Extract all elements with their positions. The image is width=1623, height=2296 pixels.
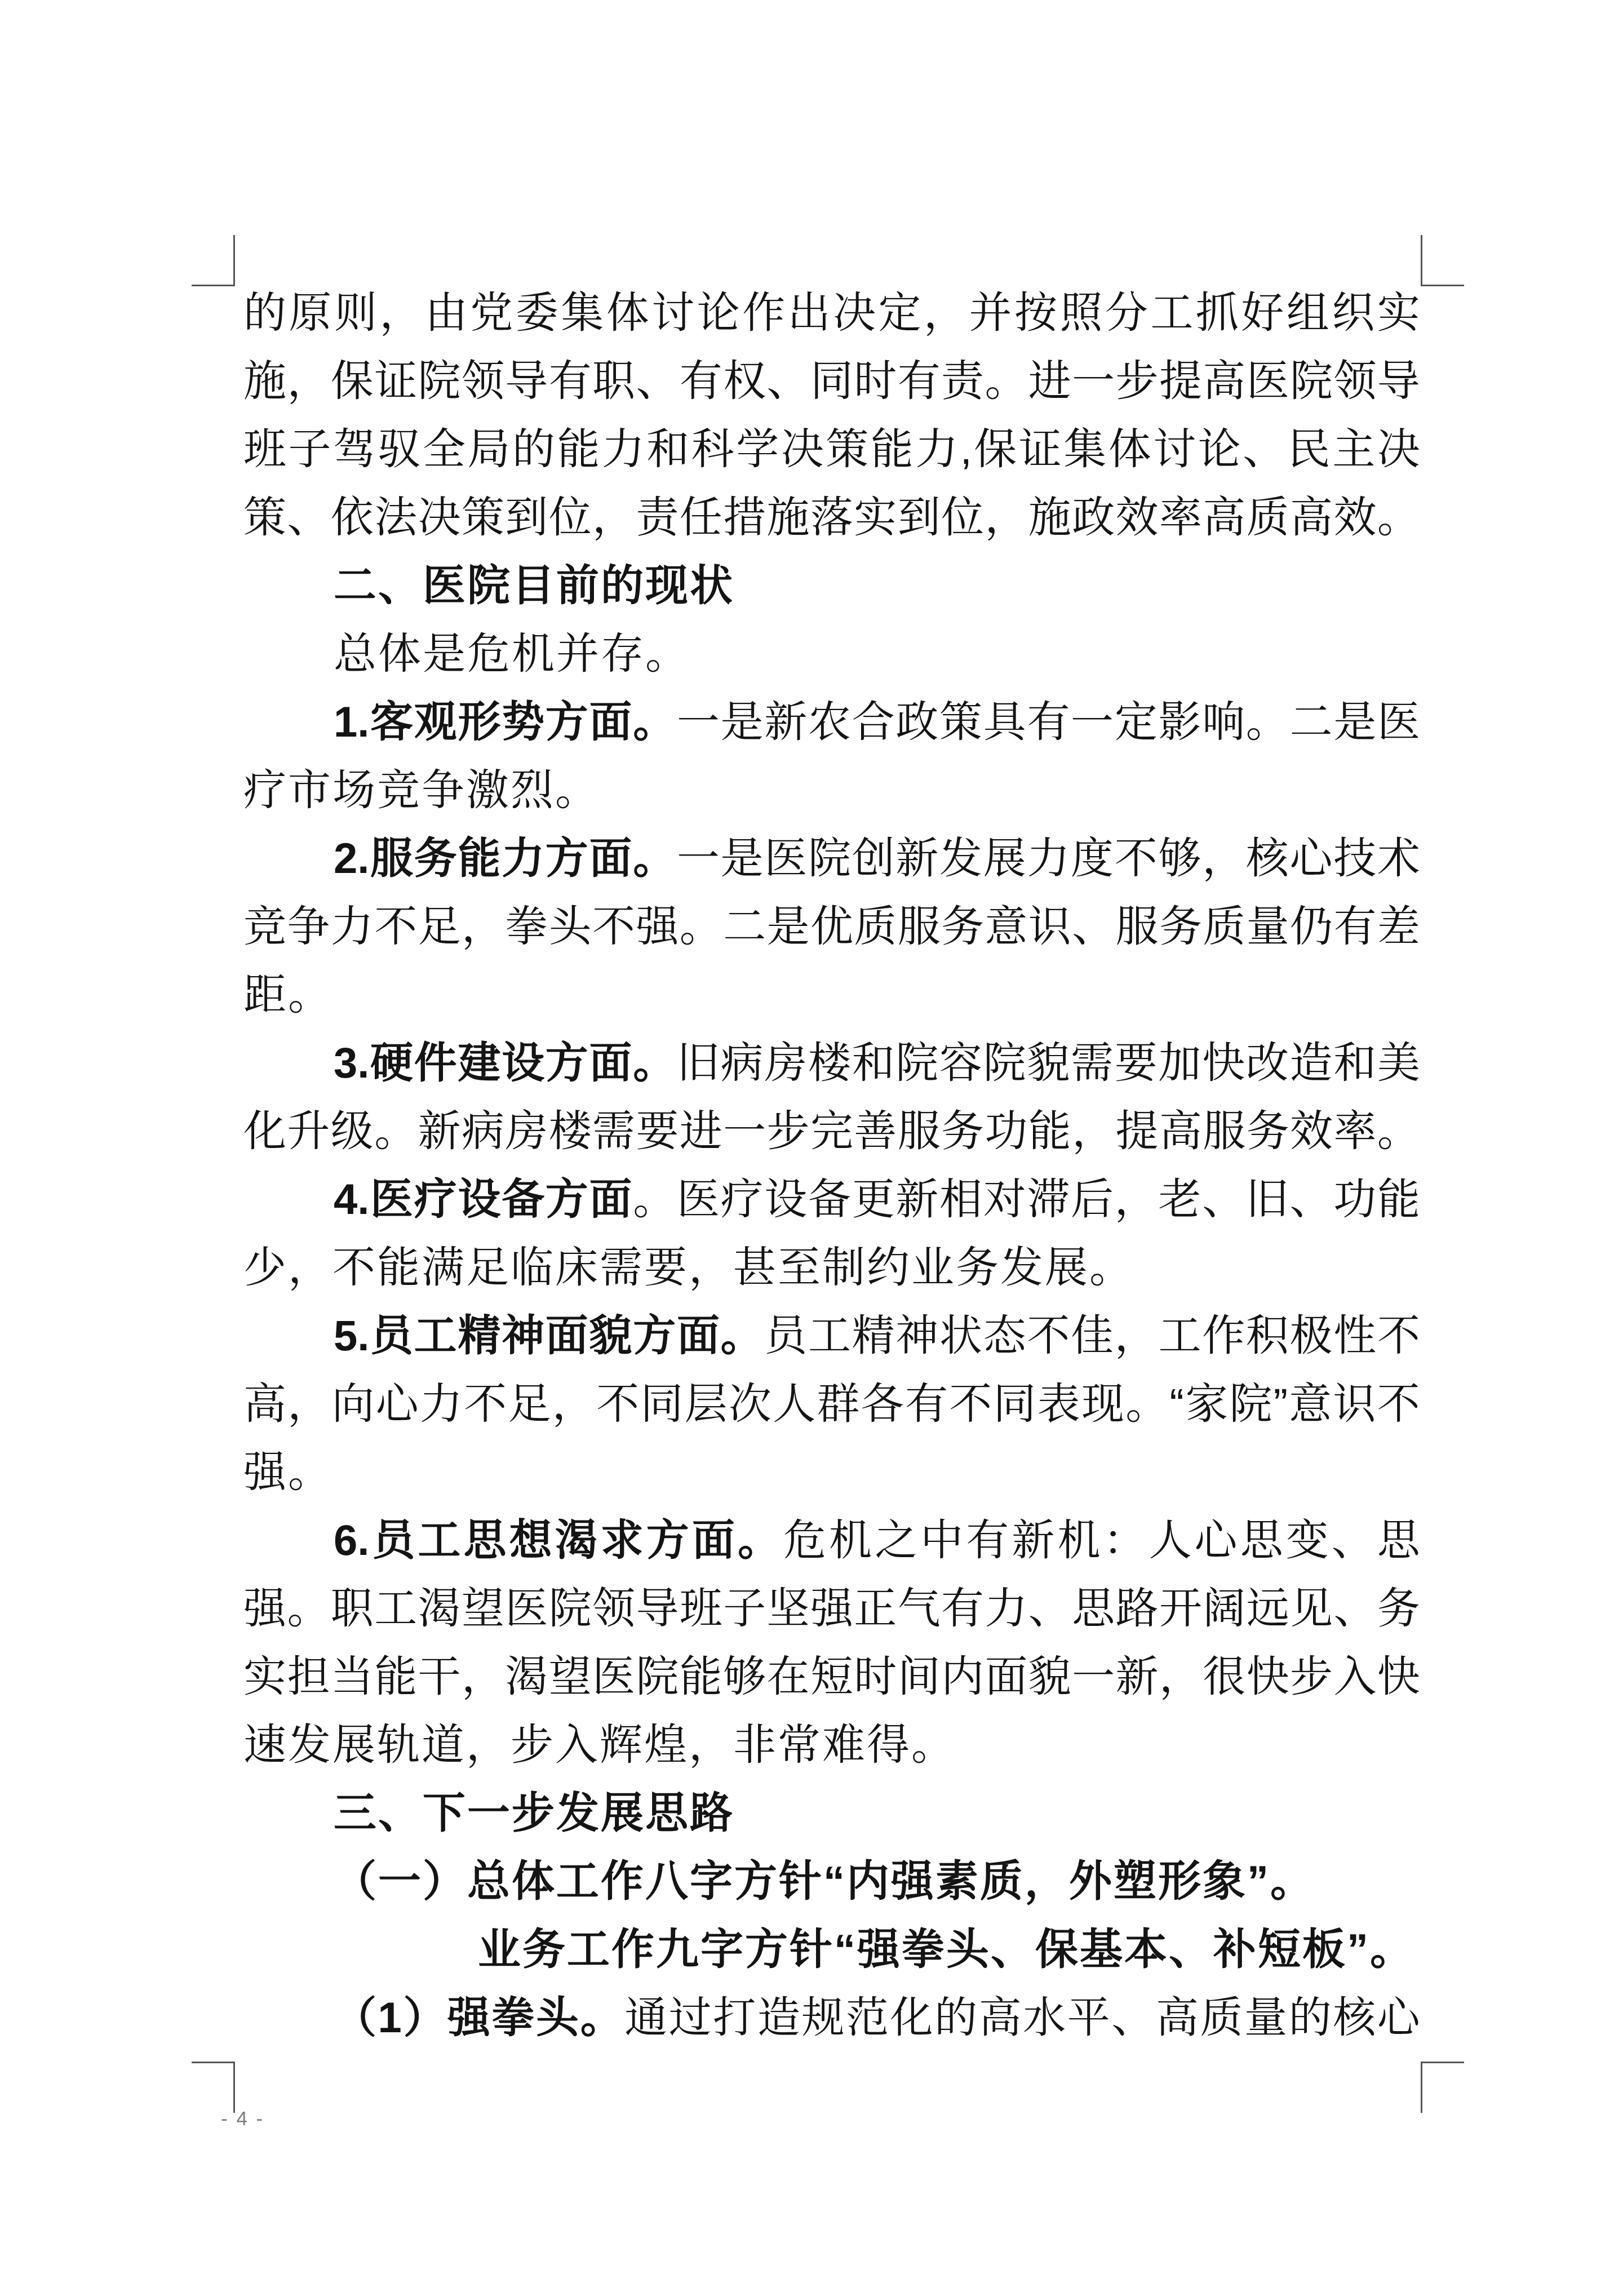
text-run: 一 [677, 825, 720, 893]
text-run: 场 [332, 756, 375, 825]
text-run-bold: 八 [645, 1847, 688, 1916]
text-run: 主 [1332, 415, 1375, 484]
text-run: 足 [418, 893, 461, 961]
text-run-bold: 素 [935, 1847, 978, 1916]
text-run: 业 [911, 1234, 954, 1302]
text-run: 争 [287, 893, 330, 961]
text-run: 不 [949, 1370, 992, 1438]
text-run: 高 [979, 1984, 1022, 2052]
text-run: 步 [1116, 347, 1159, 415]
text-run: 、 [1332, 1506, 1374, 1575]
text-run: 中 [920, 1506, 963, 1575]
text-run: 分 [1105, 279, 1148, 347]
text-run: 争 [422, 756, 464, 825]
text-run: 。 [1089, 1234, 1132, 1302]
text-run: 位 [941, 484, 984, 552]
text-line: 总体是危机并存。 [243, 620, 1420, 688]
text-run: 服 [1116, 893, 1159, 961]
text-run: 不 [374, 893, 417, 961]
text-line: 4.医疗设备方面。医疗设备更新相对滞后，老、旧、功能 [243, 1165, 1420, 1234]
text-run: 得 [867, 1711, 910, 1779]
text-run: 政 [1072, 484, 1115, 552]
text-run: 开 [1159, 1575, 1202, 1643]
text-run: 烈 [511, 756, 553, 825]
text-run-bold: 象 [1203, 1847, 1245, 1916]
text-run: 。 [287, 1575, 330, 1643]
text-run-bold: 务 [522, 1916, 565, 1984]
text-run: 病 [462, 1097, 504, 1165]
text-run-bold: 方 [546, 688, 588, 756]
text-run: 到 [505, 484, 548, 552]
text-run: 导 [1377, 347, 1420, 415]
text-run: 创 [852, 825, 895, 893]
text-run: 临 [511, 1234, 553, 1302]
text-run: 一 [1072, 1643, 1115, 1711]
text-run: 有 [680, 347, 722, 415]
text-run: 升 [287, 1097, 330, 1165]
text-run-bold: 强 [447, 1984, 490, 2052]
text-run: 具 [983, 688, 1026, 756]
text-run: 规 [801, 1984, 844, 2052]
text-run: ， [592, 484, 635, 552]
text-run: 疗 [243, 756, 286, 825]
text-run-bold: 员 [372, 1506, 415, 1575]
text-line: 6.员工思想渴求方面。危机之中有新机：人心思变、思 [243, 1506, 1420, 1575]
text-run: 并 [969, 279, 1012, 347]
text-run: 造 [757, 1984, 800, 2052]
text-run: 同 [640, 1370, 683, 1438]
text-run: 医 [505, 1575, 548, 1643]
text-run-bold: 势 [502, 688, 544, 756]
text-run: 有 [898, 347, 941, 415]
text-run: 责 [636, 484, 679, 552]
text-run-bold: 板 [1302, 1916, 1345, 1984]
text-run-bold: ” [1347, 1916, 1368, 1984]
text-line: 二、医院目前的现状 [243, 552, 1420, 620]
text-run-bold: 建 [458, 1029, 500, 1097]
text-run: 步 [511, 1711, 553, 1779]
crop-mark-top-left [192, 235, 235, 286]
text-run: 强 [243, 1438, 286, 1506]
text-run: 有 [905, 1370, 948, 1438]
text-run: 渴 [505, 1643, 548, 1711]
text-run: 实 [854, 484, 897, 552]
text-run: 力 [915, 415, 958, 484]
text-run-bold: 内 [846, 1847, 889, 1916]
text-run: 政 [895, 688, 938, 756]
text-run: ， [462, 893, 504, 961]
text-run-bold: 方 [633, 1302, 676, 1370]
text-run: 导 [636, 1575, 679, 1643]
text-run: 务 [1377, 1575, 1420, 1643]
text-run: 进 [680, 1097, 722, 1165]
text-run: 有 [966, 1506, 1009, 1575]
text-run: 全 [423, 415, 465, 484]
text-run-bold: 力 [502, 825, 544, 893]
text-run: 论 [697, 279, 740, 347]
text-run: 道 [422, 1711, 464, 1779]
text-run: 响 [1202, 688, 1245, 756]
text-run: 煌 [644, 1711, 687, 1779]
text-run: 美 [1377, 1029, 1420, 1097]
text-run: 内 [941, 1643, 984, 1711]
text-run: 识 [1333, 1370, 1376, 1438]
text-run: 班 [680, 1575, 722, 1643]
text-run: 和 [852, 1029, 895, 1097]
text-run: 责 [941, 347, 984, 415]
text-run: 仍 [1290, 893, 1333, 961]
text-run: 需 [600, 1234, 642, 1302]
text-run-bold: 面 [589, 1029, 632, 1097]
text-run: 房 [764, 1029, 807, 1097]
text-run: 量 [1244, 1984, 1287, 2052]
text-run: 医 [764, 825, 807, 893]
text-run-bold: 三 [334, 1779, 376, 1847]
text-run: 。 [288, 961, 331, 1029]
text-run: 病 [721, 1029, 764, 1097]
text-run: 现 [1081, 1370, 1124, 1438]
text-run-bold: ） [423, 1847, 465, 1916]
text-run-bold: 。 [1370, 1916, 1413, 1984]
text-run-bold: 渴 [555, 1506, 598, 1575]
text-line: （1）强拳头。通过打造规范化的高水平、高质量的核心 [243, 1984, 1420, 2052]
text-run: 新 [1012, 1506, 1054, 1575]
text-run: 意 [1289, 1370, 1332, 1438]
text-run: 、 [1028, 1575, 1071, 1643]
text-run-bold: 方 [734, 1847, 777, 1916]
text-run-bold: 。 [633, 688, 676, 756]
text-run: 次 [729, 1370, 771, 1438]
text-run: 农 [808, 688, 851, 756]
text-run: 高 [1203, 484, 1245, 552]
text-run: 发 [1000, 1234, 1043, 1302]
text-run-bold: （ [334, 1984, 376, 2052]
text-run-bold: 思 [464, 1506, 507, 1575]
text-run: 领 [1333, 347, 1376, 415]
text-run: 人 [773, 1370, 815, 1438]
text-run: 够 [723, 1643, 766, 1711]
text-run: 态 [983, 1302, 1026, 1370]
text-run: 保 [331, 347, 374, 415]
document-page: 的原则，由党委集体讨论作出决定，并按照分工抓好组织实施，保证院领导有职、有权、同… [0, 0, 1623, 2296]
text-run-bold: 4. [334, 1165, 369, 1234]
text-run-bold: 疗 [414, 1165, 457, 1234]
text-run: 是 [423, 620, 465, 688]
text-run-bold: 头 [946, 1916, 989, 1984]
text-run: 思 [1072, 1575, 1115, 1643]
text-run: 证 [374, 347, 417, 415]
text-run: 能 [871, 415, 914, 484]
text-run: 间 [898, 1643, 941, 1711]
text-run: 效 [1290, 1097, 1333, 1165]
text-run-bold: 一 [467, 1779, 510, 1847]
text-run: 一 [1071, 688, 1114, 756]
text-run: 好 [1241, 279, 1284, 347]
text-run: 心 [1290, 825, 1333, 893]
text-run: ， [466, 1711, 509, 1779]
text-run-bold: 医 [370, 1165, 413, 1234]
text-run: 医 [592, 1643, 635, 1711]
text-run: 集 [561, 279, 604, 347]
text-run: 不 [1115, 825, 1158, 893]
text-run: 体 [606, 279, 649, 347]
text-run: 容 [939, 1029, 982, 1097]
text-run: 院 [418, 347, 461, 415]
text-run-bold: 一 [378, 1847, 421, 1916]
text-run: 领 [592, 1575, 635, 1643]
text-run-bold: 形 [1158, 1847, 1201, 1916]
text-run: ， [1159, 1643, 1202, 1711]
text-run: 不 [1377, 1370, 1420, 1438]
text-run: 服 [898, 893, 941, 961]
text-run: 表 [1037, 1370, 1080, 1438]
text-run: 的 [243, 279, 286, 347]
text-run-bold: 。 [1270, 1847, 1313, 1916]
text-run: 党 [470, 279, 513, 347]
text-run: 望 [549, 1643, 592, 1711]
text-run-bold: 服 [370, 825, 413, 893]
text-run: 有 [1333, 893, 1376, 961]
text-run: 策 [826, 415, 868, 484]
text-run: 高 [1159, 1097, 1202, 1165]
text-run: 能 [374, 1643, 417, 1711]
text-run: 策 [939, 688, 982, 756]
text-line: 班子驾驭全局的能力和科学决策能力,保证集体讨论、民主决 [243, 415, 1420, 484]
text-run: 过 [669, 1984, 712, 2052]
text-line: 的原则，由党委集体讨论作出决定，并按照分工抓好组织实 [243, 279, 1420, 347]
text-run: 意 [985, 893, 1027, 961]
text-run-bold: 。 [721, 1302, 764, 1370]
text-run: 竞 [243, 893, 286, 961]
text-run: 头 [549, 893, 592, 961]
text-run-bold: 设 [458, 1165, 500, 1234]
text-run-bold: 务 [414, 825, 457, 893]
text-run: 。 [1125, 1370, 1168, 1438]
text-run-bold: 、 [378, 1779, 421, 1847]
text-run: 质 [854, 893, 897, 961]
text-run: 正 [854, 1575, 897, 1643]
text-run: 危 [467, 620, 510, 688]
text-run-bold: 求 [601, 1506, 644, 1575]
text-run: 性 [1333, 1302, 1376, 1370]
text-run: 范 [846, 1984, 889, 2052]
text-run-bold: 状 [690, 552, 733, 620]
text-run: 措 [723, 484, 766, 552]
text-run: 差 [1377, 893, 1420, 961]
text-run-bold: 强 [857, 1916, 900, 1984]
text-run: 旧 [677, 1029, 720, 1097]
text-run: 核 [1246, 825, 1289, 893]
text-run: 坚 [767, 1575, 810, 1643]
text-run: 不 [1027, 1302, 1070, 1370]
text-run-bold: 院 [467, 552, 510, 620]
text-run: 足 [508, 1370, 551, 1438]
text-run-bold: 总 [467, 1847, 510, 1916]
text-run: 工 [1158, 1302, 1201, 1370]
text-line: （一）总体工作八字方针“内强素质，外塑形象”。 [243, 1847, 1420, 1916]
text-run-bold: 备 [502, 1165, 544, 1234]
text-run: 能 [1377, 1165, 1420, 1234]
text-run: ， [689, 1711, 731, 1779]
text-run: 神 [895, 1302, 938, 1370]
text-run: 一 [1072, 347, 1115, 415]
text-run: 员 [764, 1302, 807, 1370]
text-run: 是 [721, 688, 764, 756]
crop-mark-top-right [1421, 235, 1464, 286]
text-run: ， [1115, 1302, 1158, 1370]
text-run: 、 [636, 347, 679, 415]
text-run: 同 [810, 347, 853, 415]
text-line: 3.硬件建设方面。旧病房楼和院容院貌需要加快改造和美 [243, 1029, 1420, 1097]
text-run: 够 [1158, 825, 1201, 893]
text-run: ” [1274, 1370, 1288, 1438]
text-run: 貌 [1028, 1643, 1071, 1711]
text-run: 非 [733, 1711, 776, 1779]
text-run: 权 [723, 347, 766, 415]
text-run-bold: 塑 [1114, 1847, 1156, 1916]
text-run: 二 [723, 893, 766, 961]
text-run: 策 [462, 484, 504, 552]
text-run: 要 [644, 1234, 687, 1302]
text-run: 不 [1377, 1302, 1420, 1370]
text-run: 强 [243, 1575, 286, 1643]
text-run: 面 [985, 1643, 1027, 1711]
text-run: 平 [1067, 1984, 1110, 2052]
text-run-bold: 。 [580, 1984, 623, 2052]
text-run: 定 [1115, 688, 1158, 756]
text-run-bold: 本 [1124, 1916, 1167, 1984]
text-run: , [960, 415, 972, 484]
text-run: 到 [898, 484, 941, 552]
text-run: 备 [808, 1165, 851, 1234]
text-run: 心 [1195, 1506, 1238, 1575]
text-run-bold: 作 [601, 1847, 644, 1916]
text-run: 局 [467, 415, 510, 484]
text-run-bold: 业 [478, 1916, 521, 1984]
text-run: 能 [377, 1234, 420, 1302]
text-run-bold: 5. [334, 1302, 369, 1370]
text-run: 辉 [600, 1711, 642, 1779]
text-line: 策、依法决策到位，责任措施落实到位，施政效率高质高效。 [243, 484, 1420, 552]
text-run: 。 [680, 893, 722, 961]
text-run: 精 [852, 1302, 895, 1370]
text-run: 力 [1027, 825, 1070, 893]
text-run: 家 [1185, 1370, 1228, 1438]
text-run: 实 [1377, 279, 1420, 347]
text-run-bold: 。 [633, 1029, 676, 1097]
text-run: ， [462, 1643, 504, 1711]
text-run: 。 [1377, 1097, 1420, 1165]
text-run: 策 [243, 484, 286, 552]
text-run: 通 [624, 1984, 667, 2052]
text-run: 服 [1203, 1097, 1245, 1165]
text-run: 极 [1290, 1302, 1333, 1370]
text-line: 实担当能干，渴望医院能够在短时间内面貌一新，很快步入快 [243, 1643, 1420, 1711]
text-run: 级 [331, 1097, 374, 1165]
text-run: 技 [1333, 825, 1376, 893]
text-run: 务 [941, 1097, 984, 1165]
text-run-bold: 前 [556, 552, 599, 620]
text-run-bold: 发 [556, 1779, 599, 1847]
text-line: 强。职工渴望医院领导班子坚强正气有力、思路开阔远见、务 [243, 1575, 1420, 1643]
text-run: 任 [680, 484, 722, 552]
text-run: 工 [374, 1575, 417, 1643]
text-run: 工 [808, 1302, 851, 1370]
text-run-bold: 九 [656, 1916, 699, 1984]
text-run: 定 [879, 279, 921, 347]
text-run-bold: 补 [1213, 1916, 1256, 1984]
text-run-bold: 步 [512, 1779, 555, 1847]
text-run: 思 [1377, 1506, 1420, 1575]
text-run: 、 [1243, 415, 1285, 484]
text-run: 。 [645, 620, 688, 688]
text-run: 新 [1116, 1643, 1159, 1711]
text-run: 职 [331, 1575, 374, 1643]
text-run: 提 [1159, 347, 1202, 415]
text-run: 的 [1289, 1984, 1332, 2052]
text-run-bold: ） [403, 1984, 446, 2052]
text-run: 滞 [1027, 1165, 1070, 1234]
text-run: 核 [1333, 1984, 1376, 2052]
text-run: 不 [332, 1234, 375, 1302]
text-run: 需 [1071, 1029, 1114, 1097]
text-run: 展 [332, 1711, 375, 1779]
text-run: ， [985, 484, 1027, 552]
text-line: 2.服务能力方面。一是医院创新发展力度不够，核心技术 [243, 825, 1420, 893]
text-run: 人 [1149, 1506, 1192, 1575]
text-line: 距。 [243, 961, 1420, 1029]
document-text-block: 的原则，由党委集体讨论作出决定，并按照分工抓好组织实施，保证院领导有职、有权、同… [243, 279, 1420, 2052]
text-run: 约 [867, 1234, 910, 1302]
text-run: 率 [1159, 484, 1202, 552]
text-run: 一 [723, 1097, 766, 1165]
text-run: 相 [939, 1165, 982, 1234]
text-run-bold: 3. [334, 1029, 369, 1097]
text-run: 法 [374, 484, 417, 552]
text-run: 床 [555, 1234, 598, 1302]
text-run-bold: ， [1025, 1847, 1067, 1916]
text-run: 率 [1333, 1097, 1376, 1165]
text-run: 渴 [418, 1575, 461, 1643]
text-run: 高 [1156, 1984, 1199, 2052]
text-run-bold: 方 [745, 1916, 788, 1984]
text-run: 照 [1059, 279, 1102, 347]
text-run: 施 [767, 484, 810, 552]
text-run: 新 [764, 688, 807, 756]
text-run: 步 [1290, 1643, 1333, 1711]
text-run: 务 [941, 893, 984, 961]
text-run-bold: 、 [378, 552, 421, 620]
text-run: 作 [1202, 1302, 1245, 1370]
text-line: 施，保证院领导有职、有权、同时有责。进一步提高医院领导 [243, 347, 1420, 415]
text-run: 水 [1023, 1984, 1066, 2052]
text-run: 发 [288, 1711, 331, 1779]
text-run: 气 [898, 1575, 941, 1643]
text-run: ， [379, 279, 422, 347]
text-run: 是 [767, 893, 810, 961]
crop-mark-bottom-right [1421, 2062, 1464, 2113]
text-run: 阔 [1203, 1575, 1245, 1643]
text-line: 速发展轨道，步入辉煌，非常难得。 [243, 1711, 1420, 1779]
text-run: 体 [378, 620, 421, 688]
text-run-bold: 面 [692, 1506, 735, 1575]
text-run: 讨 [651, 279, 694, 347]
text-run: 距 [243, 961, 286, 1029]
text-run: 见 [1290, 1575, 1333, 1643]
text-run: 化 [243, 1097, 286, 1165]
text-run: 入 [555, 1711, 598, 1779]
text-run: ， [1072, 1097, 1115, 1165]
